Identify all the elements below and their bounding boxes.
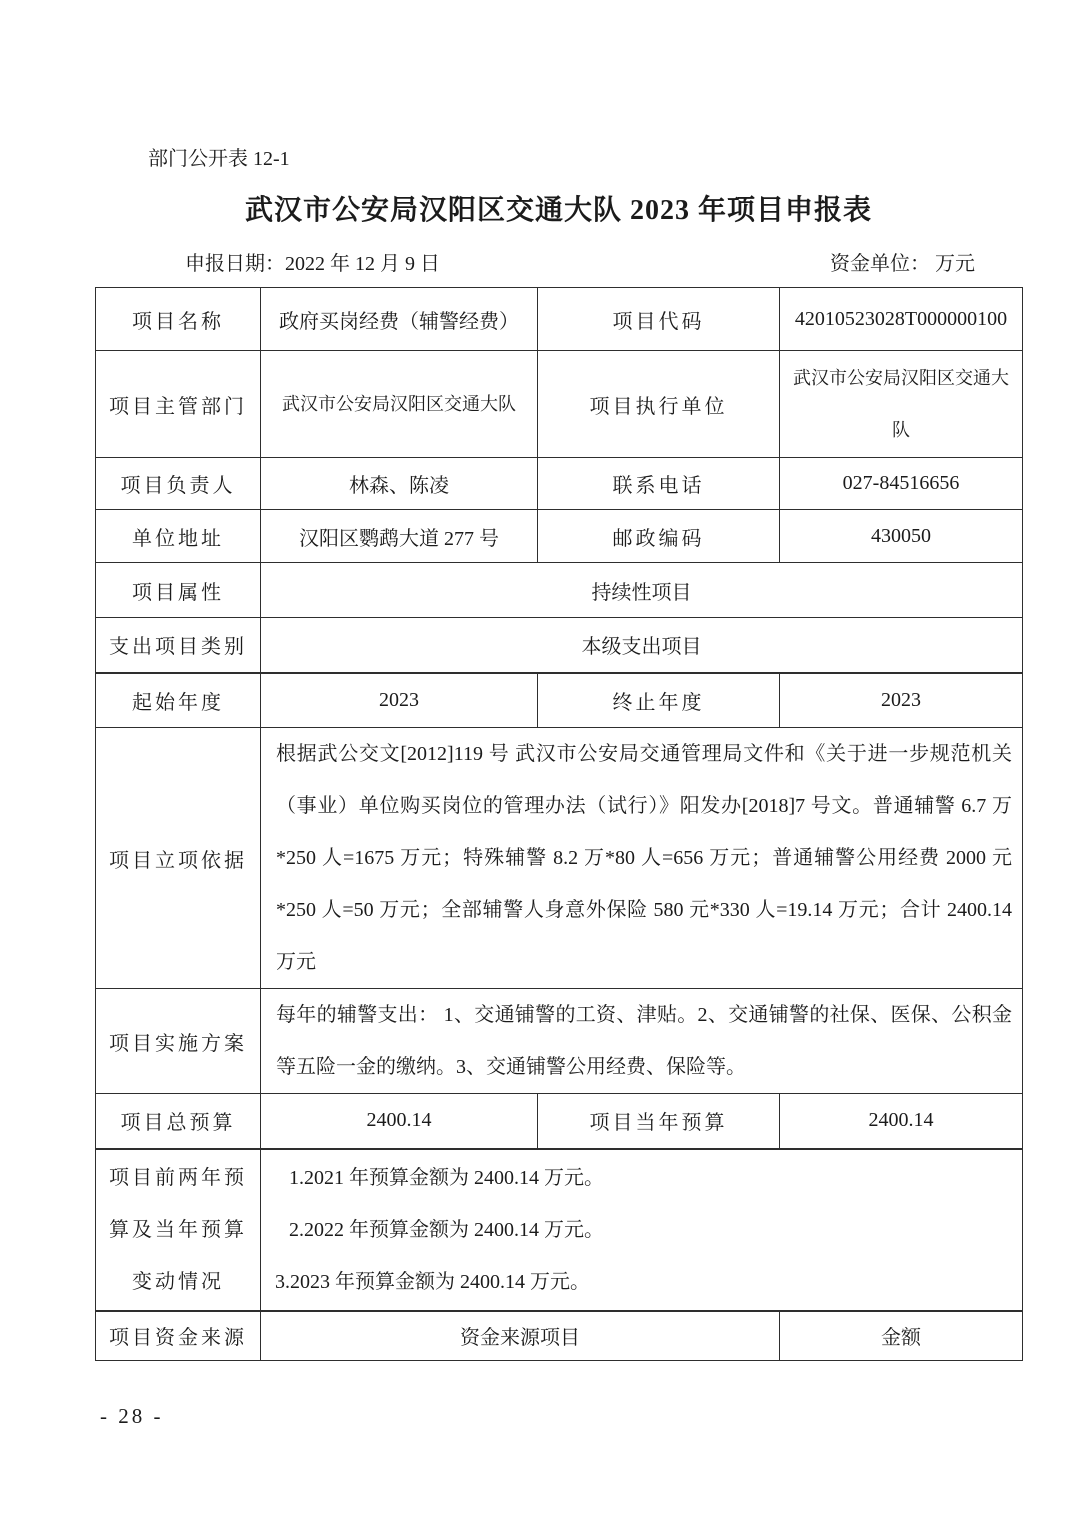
project-code-value: 42010523028T000000100	[780, 288, 1023, 351]
attribute-value: 持续性项目	[261, 563, 1023, 618]
postcode-value: 430050	[780, 510, 1023, 563]
row-attribute: 项目属性 持续性项目	[96, 563, 1023, 618]
declare-date: 申报日期：2022 年 12 月 9 日	[95, 247, 440, 276]
phone-value: 027-84516656	[780, 458, 1023, 510]
row-budget: 项目总预算 2400.14 项目当年预算 2400.14	[96, 1094, 1023, 1149]
history-label-line: 项目前两年预	[102, 1152, 254, 1204]
year-budget-value: 2400.14	[780, 1094, 1023, 1149]
project-code-label: 项目代码	[538, 288, 780, 351]
row-years: 起始年度 2023 终止年度 2023	[96, 673, 1023, 728]
page-title: 武汉市公安局汉阳区交通大队 2023 年项目申报表	[95, 188, 1022, 228]
manager-label: 项目负责人	[96, 458, 261, 510]
page-number: - 28 -	[100, 1404, 164, 1429]
fund-source-item-header: 资金来源项目	[261, 1311, 780, 1361]
row-project-name: 项目名称 政府买岗经费（辅警经费） 项目代码 42010523028T00000…	[96, 288, 1023, 351]
row-basis: 项目立项依据 根据武公交文[2012]119 号 武汉市公安局交通管理局文件和《…	[96, 728, 1023, 989]
address-label: 单位地址	[96, 510, 261, 563]
meta-row: 申报日期：2022 年 12 月 9 日 资金单位： 万元	[95, 247, 1022, 276]
end-year-value: 2023	[780, 673, 1023, 728]
history-value: 1.2021 年预算金额为 2400.14 万元。 2.2022 年预算金额为 …	[261, 1149, 1023, 1311]
doc-label: 部门公开表 12-1	[148, 142, 290, 171]
dept-label: 项目主管部门	[96, 351, 261, 458]
row-category: 支出项目类别 本级支出项目	[96, 618, 1023, 673]
address-value: 汉阳区鹦鹉大道 277 号	[261, 510, 538, 563]
row-department: 项目主管部门 武汉市公安局汉阳区交通大队 项目执行单位 武汉市公安局汉阳区交通大…	[96, 351, 1023, 458]
fund-source-amount-header: 金额	[780, 1311, 1023, 1361]
dept-value: 武汉市公安局汉阳区交通大队	[261, 351, 538, 458]
history-line: 3.2023 年预算金额为 2400.14 万元。	[275, 1256, 1012, 1308]
start-year-value: 2023	[261, 673, 538, 728]
row-plan: 项目实施方案 每年的辅警支出： 1、交通铺警的工资、津贴。2、交通铺警的社保、医…	[96, 989, 1023, 1094]
attribute-label: 项目属性	[96, 563, 261, 618]
project-name-label: 项目名称	[96, 288, 261, 351]
history-line: 2.2022 年预算金额为 2400.14 万元。	[275, 1204, 1012, 1256]
exec-unit-label: 项目执行单位	[538, 351, 780, 458]
category-value: 本级支出项目	[261, 618, 1023, 673]
total-budget-value: 2400.14	[261, 1094, 538, 1149]
year-budget-label: 项目当年预算	[538, 1094, 780, 1149]
history-label-line: 变动情况	[102, 1256, 254, 1308]
row-manager: 项目负责人 林森、陈凌 联系电话 027-84516656	[96, 458, 1023, 510]
basis-value: 根据武公交文[2012]119 号 武汉市公安局交通管理局文件和《关于进一步规范…	[261, 728, 1023, 989]
plan-value: 每年的辅警支出： 1、交通铺警的工资、津贴。2、交通铺警的社保、医保、公积金等五…	[261, 989, 1023, 1094]
manager-value: 林森、陈凌	[261, 458, 538, 510]
row-fund-source: 项目资金来源 资金来源项目 金额	[96, 1311, 1023, 1361]
exec-unit-value: 武汉市公安局汉阳区交通大队	[780, 351, 1023, 458]
row-address: 单位地址 汉阳区鹦鹉大道 277 号 邮政编码 430050	[96, 510, 1023, 563]
fund-source-label: 项目资金来源	[96, 1311, 261, 1361]
history-label-line: 算及当年预算	[102, 1204, 254, 1256]
start-year-label: 起始年度	[96, 673, 261, 728]
document-page: 部门公开表 12-1 武汉市公安局汉阳区交通大队 2023 年项目申报表 申报日…	[0, 0, 1074, 1520]
history-line: 1.2021 年预算金额为 2400.14 万元。	[275, 1152, 1012, 1204]
fund-unit: 资金单位： 万元	[830, 247, 1022, 276]
total-budget-label: 项目总预算	[96, 1094, 261, 1149]
postcode-label: 邮政编码	[538, 510, 780, 563]
history-label: 项目前两年预 算及当年预算 变动情况	[96, 1149, 261, 1311]
phone-label: 联系电话	[538, 458, 780, 510]
project-name-value: 政府买岗经费（辅警经费）	[261, 288, 538, 351]
project-declaration-table: 项目名称 政府买岗经费（辅警经费） 项目代码 42010523028T00000…	[95, 287, 1023, 1361]
plan-label: 项目实施方案	[96, 989, 261, 1094]
row-history: 项目前两年预 算及当年预算 变动情况 1.2021 年预算金额为 2400.14…	[96, 1149, 1023, 1311]
category-label: 支出项目类别	[96, 618, 261, 673]
basis-label: 项目立项依据	[96, 728, 261, 989]
end-year-label: 终止年度	[538, 673, 780, 728]
